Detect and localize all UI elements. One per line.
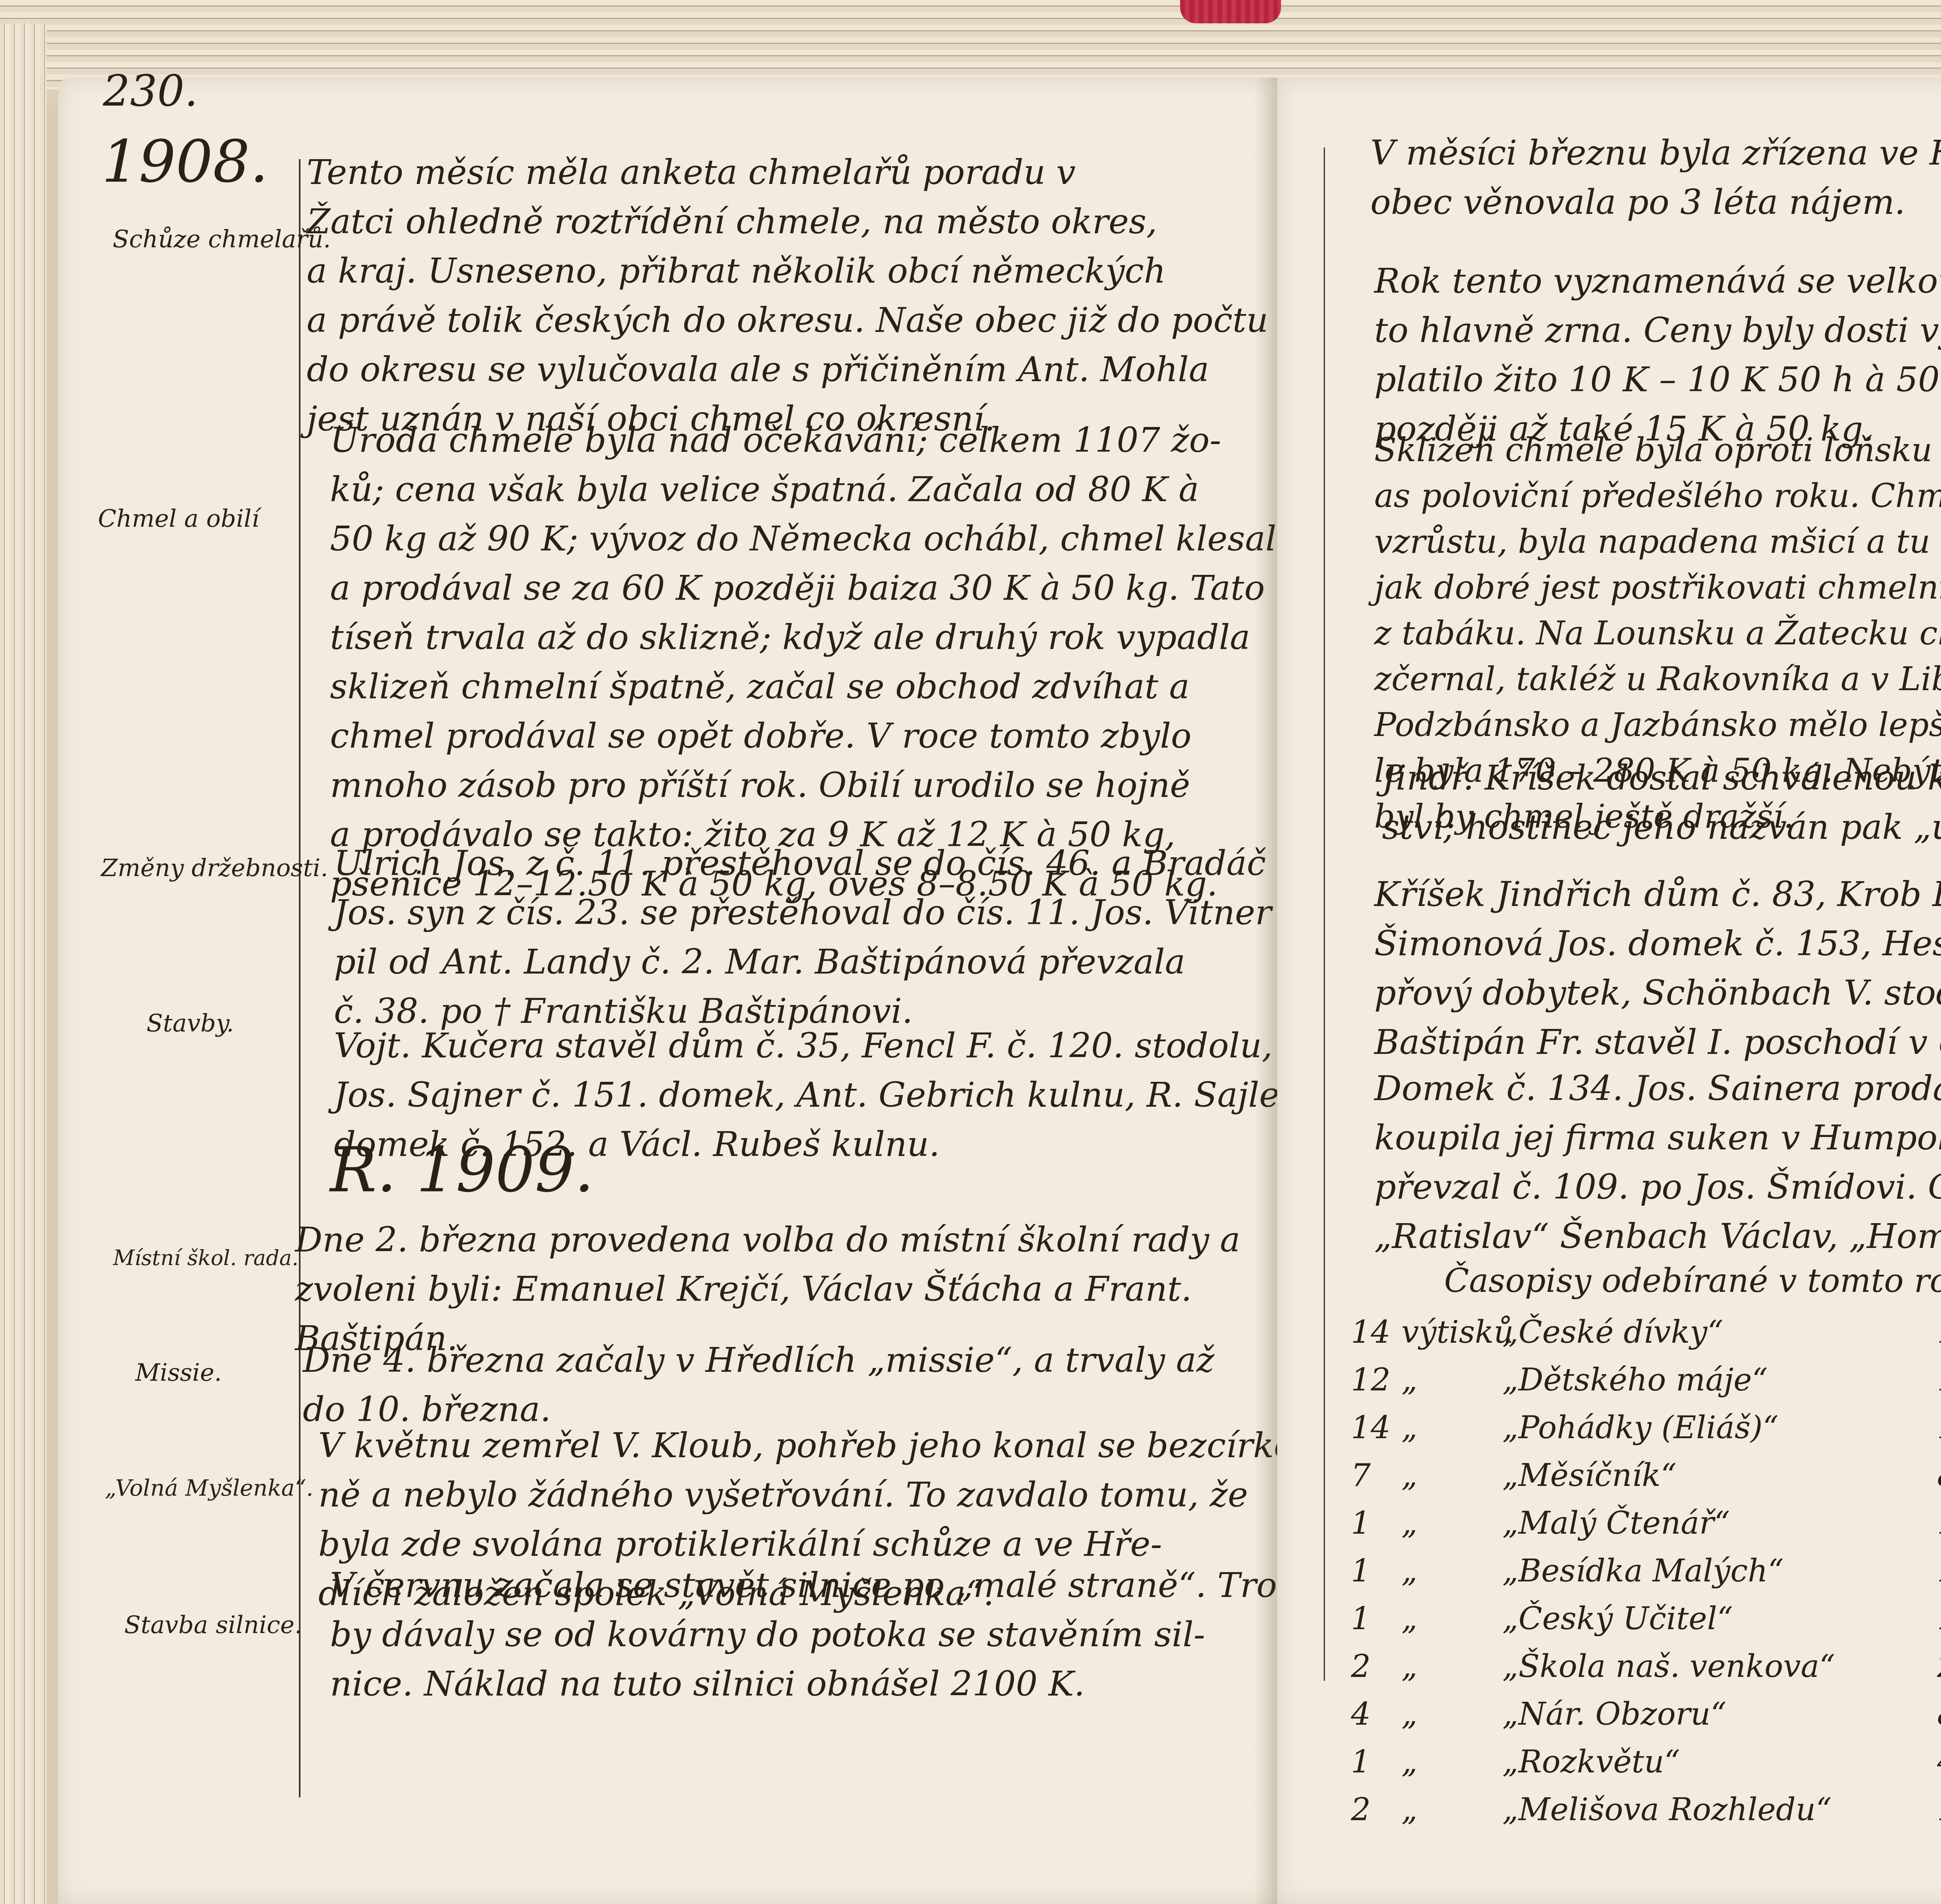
text-line: Šimonová Jos. domek č. 153, Hes Adolf, c… [1374,919,1941,968]
periodicals-heading: Časopisy odebírané v tomto roce: [1444,1262,1941,1300]
margin-note-ownership-changes: Změny držebnosti. [101,854,295,882]
copies-count: 2 [1351,1642,1401,1690]
table-row: 14 „ „Pohádky (Eliáš)“ 1 „ „Pražských No… [1351,1404,1941,1451]
text-line: by dávaly se od kovárny do potoka se sta… [330,1610,1311,1659]
table-row: 4 „ „Nár. Obzoru“ 85 „ „Čepu“ [1351,1690,1941,1738]
copies-count-2: 1 „ [1937,1356,1941,1404]
margin-note-hop-growers-meeting: Schůze chmelařů. [113,225,295,253]
copies-unit: „ [1401,1451,1502,1499]
table-row: 1 „ „Malý Čtenář“ 1 „ „Nár. Listy“ [1351,1499,1941,1547]
text-line: V měsíci březnu byla zřízena ve Hředlích… [1370,128,1941,177]
copies-count-2: 85 „ [1937,1690,1941,1738]
copies-count-2: 14 „ [1937,1595,1941,1642]
right-left-rule [1324,148,1325,1681]
entry-buildings: Kříšek Jindřich dům č. 83, Krob Emil, st… [1374,870,1941,1067]
text-line: Kříšek Jindřich dům č. 83, Krob Emil, st… [1374,870,1941,919]
year-heading-1909: R. 1909. [330,1133,594,1206]
copies-count: 7 [1351,1451,1401,1499]
copies-count: 1 [1351,1595,1401,1642]
copies-count-2: 1 „ [1937,1404,1941,1451]
text-line: as poloviční předešlého roku. Chmelová r… [1374,473,1941,519]
entry-hops-and-grain: Úroda chmele byla nad očekávání; celkem … [330,415,1287,908]
text-line: Podzbánsko a Jazbánsko mělo lepší úrodu.… [1374,702,1941,748]
periodical-title: „Rozkvětu“ [1502,1738,1937,1786]
text-line: to hlavně zrna. Ceny byly dosti vysoké; … [1374,305,1941,355]
margin-note-hops-and-grain: Chmel a obilí [97,505,260,532]
text-line: převzal č. 109. po Jos. Šmídovi. Od čís.… [1374,1162,1941,1211]
text-line: jak dobré jest postřikovati chmelnice ta… [1374,564,1941,610]
copies-count-2: 12 „ [1937,1786,1941,1833]
copies-count: 12 [1351,1356,1401,1404]
margin-note-missions: Missie. [116,1359,241,1386]
periodical-title: „Měsíčník“ [1502,1451,1937,1499]
text-line: V květnu zemřel V. Kloub, pohřeb jeho ko… [318,1421,1325,1470]
text-line: a prodával se za 60 K později baiza 30 K… [330,563,1287,613]
text-line: ně a nebylo žádného vyšetřování. To zavd… [318,1470,1325,1519]
bookmark-ribbon [1180,0,1281,23]
entry-grain: Rok tento vyznamenává se velkou úrodou o… [1374,256,1941,453]
entry-missions: Dne 4. března začaly v Hředlích „missie“… [303,1335,1214,1434]
entry-road-construction: V červnu začala se stavět silnice po „ma… [330,1560,1311,1708]
copies-count-2: 1 „ [1937,1547,1941,1595]
text-line: Dne 2. března provedena volba do místní … [295,1215,1240,1264]
copies-count-2: 1 „ [1937,1499,1941,1547]
periodical-title: „Nár. Obzoru“ [1502,1690,1937,1738]
text-line: a kraj. Usneseno, přibrat několik obcí n… [307,246,1268,295]
text-line: tíseň trvala až do sklizně; když ale dru… [330,613,1287,662]
text-line: do okresu se vylučovala ale s přičiněním… [307,345,1268,394]
entry-hop-growers-meeting: Tento měsíc měla anketa chmelařů poradu … [307,148,1268,443]
text-line: mnoho zásob pro příští rok. Obilí urodil… [330,760,1287,810]
periodical-title: „Besídka Malých“ [1502,1547,1937,1595]
text-line: Dne 4. března začaly v Hředlích „missie“… [303,1335,1214,1385]
text-line: vzrůstu, byla napadena mšicí a tu se dok… [1374,519,1941,564]
periodical-title: „Pohádky (Eliáš)“ [1502,1404,1937,1451]
copies-unit: „ [1401,1642,1502,1690]
periodical-title: „Malý Čtenář“ [1502,1499,1937,1547]
copies-unit: „ [1401,1738,1502,1786]
copies-unit: „ [1401,1356,1502,1404]
table-row: 1 „ „Český Učitel“ 14 „ „Venkova“ [1351,1595,1941,1642]
entry-post-office: V měsíci březnu byla zřízena ve Hředlích… [1370,128,1941,227]
text-line: ství; hostinec jeho nazván pak „u Havíře… [1382,802,1941,852]
copies-count: 1 [1351,1738,1401,1786]
open-book: 230. 1908. Schůze chmelařů. Tento měsíc … [0,0,1941,1904]
copies-count: 14 [1351,1308,1401,1356]
text-line: pil od Ant. Landy č. 2. Mar. Baštipánová… [334,937,1357,986]
copies-count-2: 4 „ [1937,1738,1941,1786]
text-line: „Ratislav“ Šenbach Václav, „Homolkovi“ C… [1374,1211,1941,1261]
text-line: ků; cena však byla velice špatná. Začala… [330,465,1287,514]
text-line: V červnu začala se stavět silnice po „ma… [330,1560,1311,1610]
copies-unit: „ [1401,1786,1502,1833]
margin-note-road-construction: Stavba silnice. [124,1611,264,1638]
periodical-title: „Melišova Rozhledu“ [1502,1786,1937,1833]
copies-count: 4 [1351,1690,1401,1738]
text-line: zčernal, takléž u Rakovníka a v Liběšicí… [1374,656,1941,702]
year-label: 1908. [102,128,268,196]
periodical-title: „České dívky“ [1502,1308,1937,1356]
periodical-title: „Český Učitel“ [1502,1595,1937,1642]
copies-count: 1 [1351,1547,1401,1595]
text-line: nice. Náklad na tuto silnici obnášel 210… [330,1659,1311,1708]
margin-note-buildings: Stavby. [116,1009,264,1037]
copies-count-2: 1 výtisk [1937,1308,1941,1356]
text-line: Vojt. Kučera stavěl dům č. 35, Fencl F. … [334,1021,1296,1070]
table-row: 12 „ „Dětského máje“ 1 „ „Listů Ústřední… [1351,1356,1941,1404]
table-row: 1 „ „Besídka Malých“ 1 „ „Lounských Hlas… [1351,1547,1941,1595]
entry-ownership-changes: Ulrich Jos. z č. 11. přestěhoval se do č… [334,838,1357,1036]
table-row: 14 výtisků „České dívky“ 1 výtisk „Česko… [1351,1308,1941,1356]
table-row: 2 „ „Škola naš. venkova“ 23 „ „neděl. Ve… [1351,1642,1941,1690]
copies-unit: výtisků [1401,1308,1502,1356]
page-stack-top-edge [0,0,1941,89]
margin-note-free-thought: „Volná Myšlenka“. [105,1475,299,1501]
text-line: z tabáku. Na Lounsku a Žatecku chmel pon… [1374,610,1941,656]
margin-note-school-board: Místní škol. rada. [113,1246,299,1270]
table-row: 2 „ „Melišova Rozhledu“ 12 „ „Českého Vč… [1351,1786,1941,1833]
copies-unit: „ [1401,1404,1502,1451]
text-line: Ulrich Jos. z č. 11. přestěhoval se do č… [334,838,1357,888]
copies-count-2: 8 „ [1937,1451,1941,1499]
copies-count: 2 [1351,1786,1401,1833]
text-line: platilo žito 10 K – 10 K 50 h à 50 kg, p… [1374,355,1941,404]
text-line: Žatci ohledně roztřídění chmele, na měst… [307,197,1268,246]
left-margin-rule [299,159,300,1797]
text-line: Tento měsíc měla anketa chmelařů poradu … [307,148,1268,197]
entry-ownership-changes: Domek č. 134. Jos. Sainera prodán v exek… [1374,1064,1941,1261]
copies-count: 14 [1351,1404,1401,1451]
text-line: chmel prodával se opět dobře. V roce tom… [330,711,1287,760]
page-stack-left-edge [0,23,47,1904]
text-line: Úroda chmele byla nad očekávání; celkem … [330,415,1287,465]
copies-count: 1 [1351,1499,1401,1547]
copies-count-2: 23 „ [1937,1642,1941,1690]
periodical-title: „Škola naš. venkova“ [1502,1642,1937,1690]
text-line: 50 kg až 90 K; vývoz do Německa ochábl, … [330,514,1287,563]
text-line: Sklizeň chmele byla oproti loňsku malá 5… [1374,427,1941,473]
text-line: Rok tento vyznamenává se velkou úrodou o… [1374,256,1941,305]
copies-unit: „ [1401,1690,1502,1738]
text-line: koupila jej firma suken v Humpolci. Tvrd… [1374,1113,1941,1162]
copies-unit: „ [1401,1595,1502,1642]
periodical-title: „Dětského máje“ [1502,1356,1937,1404]
text-line: Jos. syn z čís. 23. se přestěhoval do čí… [334,888,1357,937]
text-line: obec věnovala po 3 léta nájem. [1370,177,1941,227]
copies-unit: „ [1401,1499,1502,1547]
text-line: Baštipán Fr. stavěl I. poschodí v č. 42. [1374,1017,1941,1067]
text-line: přový dobytek, Schönbach V. stodolu, Bra… [1374,968,1941,1017]
text-line: Jindř. Kříšek dostal schválenou koncessi… [1382,753,1941,802]
text-line: Domek č. 134. Jos. Sainera prodán v exek… [1374,1064,1941,1113]
text-line: zvoleni byli: Emanuel Krejčí, Václav Šťá… [295,1264,1240,1314]
text-line: Jos. Sajner č. 151. domek, Ant. Gebrich … [334,1070,1296,1119]
periodicals-table: 14 výtisků „České dívky“ 1 výtisk „Česko… [1351,1308,1941,1833]
page-number: 230. [103,66,198,116]
copies-unit: „ [1401,1547,1502,1595]
entry-inn: Jindř. Kříšek dostal schválenou koncessi… [1382,753,1941,852]
text-line: a právě tolik českých do okresu. Naše ob… [307,295,1268,345]
table-row: 7 „ „Měsíčník“ 8 „ „Národní Politiky“ [1351,1451,1941,1499]
table-row: 1 „ „Rozkvětu“ 4 „ „Stráže Venkova“ [1351,1738,1941,1786]
text-line: sklizeň chmelní špatně, začal se obchod … [330,662,1287,711]
